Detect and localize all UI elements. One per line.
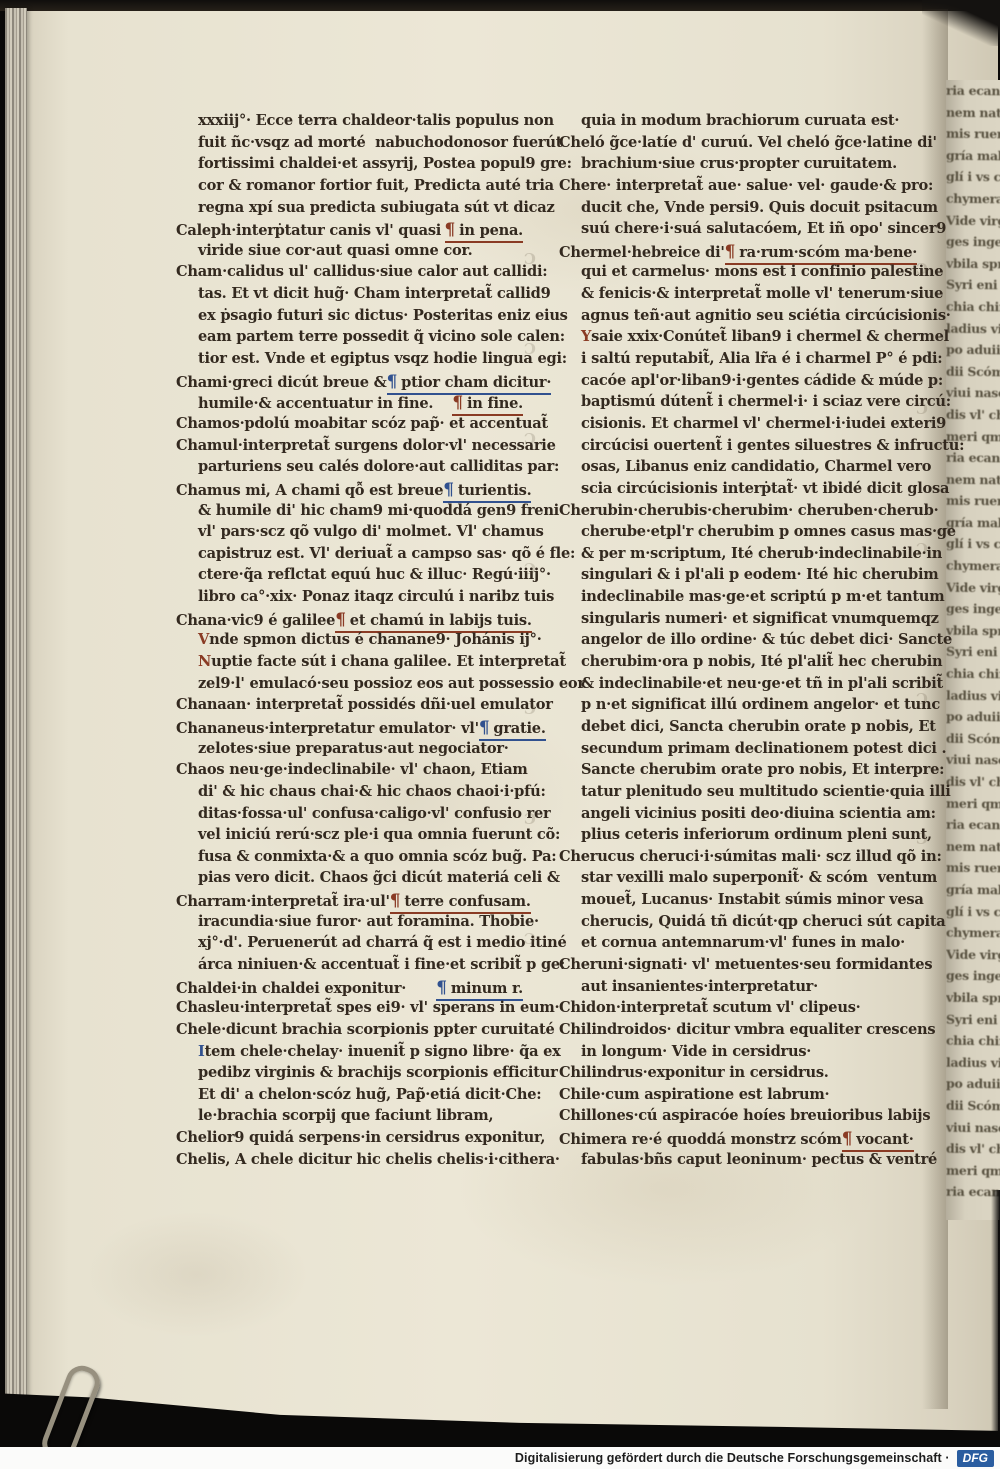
text-line: indeclinabile mas·ge·et scriptú p m·et t… — [559, 588, 913, 610]
pilcrow-icon: ¶ — [725, 242, 736, 262]
bleedthrough-line: Vide virgilij — [946, 209, 1000, 231]
bleedthrough-line: chia chim, pe — [946, 663, 1000, 685]
credit-text: Digitalisierung gefördert durch die Deut… — [515, 1451, 950, 1465]
text-line: Chamos·pdolú moabitar scóz pap̃· et acce… — [176, 415, 523, 437]
text-line: Chaos neu·ge·indeclinabile· vl' chaon, E… — [176, 761, 523, 783]
bleedthrough-line: vbila spra lim — [946, 252, 1000, 274]
bleedthrough-line: Vide virgilij — [946, 943, 1000, 965]
bleedthrough-line: gría mabia ca — [946, 879, 1000, 901]
text-line: ex ṗsagio futuri sic dictus· Posteritas … — [176, 307, 523, 329]
bleedthrough-line: glí i vs cnico — [946, 166, 1000, 188]
text-line: Chele·dicunt brachia scorpionis ppter cu… — [176, 1021, 523, 1043]
text-line: cacóe apl'or·liban9·i·gentes cádide & mú… — [559, 372, 913, 394]
scan-frame-right — [991, 1190, 1000, 1450]
bleedthrough-line: ges ingenijs n — [946, 598, 1000, 620]
text-line: Nuptie facte sút i chana galilee. Et int… — [176, 653, 523, 675]
rubric-mark: ¶ptior cham dicitur· — [387, 372, 552, 395]
text-line: plius ceteris inferiorum ordinum pleni s… — [559, 826, 913, 848]
text-line: Cheruni·signati· vl' metuentes·seu formi… — [559, 956, 913, 978]
text-line: tas. Et vt dicit hug̃· Cham interpretat̃… — [176, 285, 523, 307]
bleedthrough-line: Syri eni ma — [946, 641, 1000, 663]
showthrough-glyph: Ɔ — [524, 250, 536, 268]
text-line: Chelis, A chele dicitur hic chelis cheli… — [176, 1151, 523, 1173]
rubric-mark: ¶in fine. — [452, 393, 523, 416]
pilcrow-icon: ¶ — [443, 480, 454, 500]
rubric-mark: ¶in pena. — [445, 220, 523, 243]
bleedthrough-line: dis vl' chii — [946, 404, 1000, 426]
text-line: Chanaan· interpretat̃ possidés dñi·uel e… — [176, 696, 523, 718]
next-leaf-bleedthrough: ria ecandi annem naturis bimis ruera mir… — [946, 80, 1000, 1220]
bleedthrough-line: dis vl' chii — [946, 1138, 1000, 1160]
bleedthrough-line: Vide virgilij — [946, 576, 1000, 598]
text-line: et cornua antemnarum·vl' funes in malo· — [559, 934, 913, 956]
text-line: le·brachia scorpij que faciunt libram, — [176, 1107, 523, 1129]
text-line: Chidon·interpretat̃ scutum vl' clipeus· — [559, 999, 913, 1021]
bleedthrough-line: ges ingenijs n — [946, 231, 1000, 253]
text-line: fusa & conmixta·& a quo omnia scóz bug̃.… — [176, 848, 523, 870]
text-line: star vexilli malo superponit̃· & scóm ve… — [559, 869, 913, 891]
text-line: Cheló g̃ce·latíe d' curuú. Vel cheló g̃c… — [559, 134, 913, 156]
text-line: xj°·d'. Peruenerút ad charrá q̃ est i me… — [176, 934, 523, 956]
bleedthrough-line: glí i vs cnico — [946, 900, 1000, 922]
text-line: árca niniuen·& accentuat̃ i fine·et scri… — [176, 956, 523, 978]
bleedthrough-line: chymera. Co — [946, 555, 1000, 577]
text-line: angeli vicinius positi deo·diuina scient… — [559, 805, 913, 827]
pilcrow-icon: ¶ — [842, 1129, 853, 1149]
text-line: viride siue cor·aut quasi omne cor. — [176, 242, 523, 264]
bleedthrough-line: dis vl' chii — [946, 771, 1000, 793]
bleedthrough-line: nem naturis bi — [946, 468, 1000, 490]
bleedthrough-line: ria ecandi an — [946, 814, 1000, 836]
bleedthrough-line: viui nascit — [946, 382, 1000, 404]
text-line: fabulas·bñs caput leoninum· pectus & ven… — [559, 1151, 913, 1173]
text-line: Chere· interpretat̃ aue· salue· vel· gau… — [559, 177, 913, 199]
bleedthrough-line: chymera. Co — [946, 922, 1000, 944]
text-line: vel iniciú rerú·scz ple·i qua omnia fuer… — [176, 826, 523, 848]
text-line: in longum· Vide in cersidrus· — [559, 1043, 913, 1065]
text-line: Chillones·cú aspiracóe hoíes breuioribus… — [559, 1107, 913, 1129]
text-line: vl' pars·scz qõ vulgo di' molmet. Vl' ch… — [176, 523, 523, 545]
bleedthrough-line: po aduii fr — [946, 1073, 1000, 1095]
text-line: ctere·q̃a reflctat equú huc & illuc· Reg… — [176, 566, 523, 588]
text-line: Chananeus·interpretatur emulator· vl'¶gr… — [176, 718, 523, 740]
text-line: Sancte cherubim orate pro nobis, Et inte… — [559, 761, 913, 783]
text-line: Chami·greci dicút breue &¶ptior cham dic… — [176, 372, 523, 394]
text-line: Chaldei·in chaldei exponitur·¶minum r. — [176, 978, 523, 1000]
book-page-edges — [5, 8, 27, 1420]
bleedthrough-line: gría mabia ca — [946, 144, 1000, 166]
bleedthrough-line: vbila spra lim — [946, 620, 1000, 642]
text-line: & humile di' hic cham9 mi·quoddá gen9 fr… — [176, 502, 523, 524]
dfg-logo[interactable]: DFG — [957, 1450, 994, 1467]
bleedthrough-line: ges ingenijs n — [946, 965, 1000, 987]
text-line: Cherucus cheruci·i·súmitas mali· scz ill… — [559, 848, 913, 870]
text-line: Cham·calidus ul' callidus·siue calor aut… — [176, 263, 523, 285]
rubric-mark: ¶vocant· — [842, 1129, 914, 1152]
text-line: libro ca°·xix· Ponaz itaqz circulú i nar… — [176, 588, 523, 610]
text-line: baptismú dútent̃ i chermel·i· i sciaz ve… — [559, 393, 913, 415]
bleedthrough-line: mis ruera mirem — [946, 490, 1000, 512]
bleedthrough-line: mis ruera mirem — [946, 857, 1000, 879]
text-line: singulari & i pl'ali p eodem· Ité hic ch… — [559, 566, 913, 588]
text-line: regna xpí sua predicta subiugata sút vt … — [176, 199, 523, 221]
text-line: agnus teñ·aut agnitio seu sciétia circúc… — [559, 307, 913, 329]
bleedthrough-line: po aduii fr — [946, 706, 1000, 728]
showthrough-glyph: Ɔ — [916, 690, 928, 708]
text-line: cor & romanor fortior fuit, Predicta aut… — [176, 177, 523, 199]
text-line: & fenicis·& interpretat̃ molle vl' tener… — [559, 285, 913, 307]
showthrough-glyph: Ɔ — [524, 930, 536, 948]
rubric-mark: ¶gratie. — [479, 718, 546, 741]
text-line: pias vero dicit. Chaos g̃ci dicút materi… — [176, 869, 523, 891]
text-line: brachium·siue crus·propter curuitatem. — [559, 155, 913, 177]
text-line: Chelior9 quidá serpens·in cersidrus expo… — [176, 1129, 523, 1151]
text-line: Charram·interpretat̃ ira·ul'¶terre confu… — [176, 891, 523, 913]
pilcrow-icon: ¶ — [390, 891, 401, 911]
showthrough-glyph: Ɔ — [524, 810, 536, 828]
text-line: cherubim·ora p nobis, Ité pl'alit̃ hec c… — [559, 653, 913, 675]
text-line: Chamus mi, A chami qỗ est breue¶turienti… — [176, 480, 523, 502]
text-line: & per m·scriptum, Ité cherub·indeclinabi… — [559, 545, 913, 567]
bleedthrough-line: nem naturis bi — [946, 835, 1000, 857]
text-line: xxxiij°· Ecce terra chaldeor·talis popul… — [176, 112, 523, 134]
bleedthrough-line: meri qm — [946, 1159, 1000, 1181]
text-line: Chilindroidos· dicitur vmbra equaliter c… — [559, 1021, 913, 1043]
text-line: osas, Libanus eniz candidatio, Charmel v… — [559, 458, 913, 480]
bleedthrough-line: meri qm — [946, 792, 1000, 814]
bleedthrough-line: ladius vi fi — [946, 317, 1000, 339]
scan-frame-corner — [922, 0, 1000, 46]
pilcrow-icon: ¶ — [479, 718, 490, 738]
text-line: Et di' a chelon·scóz hug̃, Pap̃·etiá dic… — [176, 1086, 523, 1108]
showthrough-glyph: Ɔ — [916, 540, 928, 558]
bleedthrough-line: Syri eni ma — [946, 1008, 1000, 1030]
bleedthrough-line: ladius vi fi — [946, 1051, 1000, 1073]
text-line: humile·& accentuatur in fine.¶in fine. — [176, 393, 523, 415]
text-line: Caleph·interṗtatur canis vl' quasi¶in pe… — [176, 220, 523, 242]
digitization-credit-bar: Digitalisierung gefördert durch die Deut… — [0, 1447, 1000, 1469]
text-line: i saltú reputabit̃, Alia lr̃a é i charme… — [559, 350, 913, 372]
text-line: circúcisi ouertent̃ i gentes siluestres … — [559, 437, 913, 459]
text-line: ducit che, Vnde persi9. Quis docuit psit… — [559, 199, 913, 221]
text-line: zelotes·siue preparatus·aut negociator· — [176, 740, 523, 762]
text-line: capistruz est. Vl' deriuat̃ a campso sas… — [176, 545, 523, 567]
bleedthrough-line: dii Scóm ver — [946, 360, 1000, 382]
rubric-mark: ¶terre confusam. — [390, 891, 531, 914]
bleedthrough-line: mis ruera mirem — [946, 123, 1000, 145]
text-line: qui et carmelus· mons est i confinio pal… — [559, 263, 913, 285]
showthrough-glyph: Ɔ — [524, 560, 536, 578]
text-line: cherucis, Quidá tñ dicút·qp cheruci sút … — [559, 913, 913, 935]
text-line: fuit ñc·vsqz ad morté nabuchodonosor fue… — [176, 134, 523, 156]
text-line: Chimera re·é quoddá monstrz scóm¶vocant· — [559, 1129, 913, 1151]
text-line: Vnde spmon dictus é chanane9· Johánis ij… — [176, 631, 523, 653]
text-line: & indeclinabile·et neu·ge·et tñ in pl'al… — [559, 675, 913, 697]
text-line: zel9·l' emulacó·seu possioz eos aut poss… — [176, 675, 523, 697]
text-line: singularis numeri· et significat vnumque… — [559, 610, 913, 632]
text-line: angelor de illo ordine· & túc debet dici… — [559, 631, 913, 653]
rubric-mark: ¶et chamú in labijs tuis. — [335, 610, 532, 633]
pilcrow-icon: ¶ — [445, 220, 456, 240]
text-line: mouet̃, Lucanus· Instabit súmis minor ve… — [559, 891, 913, 913]
text-line: Cherubin·cherubis·cherubim· cheruben·che… — [559, 502, 913, 524]
text-line: Item chele·chelay· inuenit̃ p signo libr… — [176, 1043, 523, 1065]
rubricated-initial: I — [198, 1043, 205, 1060]
text-line: Chana·vic9 é galilee¶et chamú in labijs … — [176, 610, 523, 632]
text-line: Ysaie xxix·Conútet̃ liban9 i chermel & c… — [559, 328, 913, 350]
text-line: Chasleu·interpretat̃ spes ei9· vl' spera… — [176, 999, 523, 1021]
showthrough-glyph: Ɔ — [916, 830, 928, 848]
text-line: iracundia·siue furor· aut foramina. Thob… — [176, 913, 523, 935]
text-line: quia in modum brachiorum curuata est· — [559, 112, 913, 134]
text-line: secundum primam declinationem potest dic… — [559, 740, 913, 762]
text-line: fortissimi chaldei·et assyrij, Postea po… — [176, 155, 523, 177]
text-line: Chermel·hebreice di'¶ra·rum·scóm ma·bene… — [559, 242, 913, 264]
bleedthrough-line: Syri eni ma — [946, 274, 1000, 296]
text-line: suú chere·i·suá salutacóem, Et iñ opo' s… — [559, 220, 913, 242]
text-line: cisionis. Et charmel vl' chermel·i·iudei… — [559, 415, 913, 437]
bleedthrough-line: dii Scóm ver — [946, 728, 1000, 750]
text-line: p n·et significat illú ordinem angelor· … — [559, 696, 913, 718]
bleedthrough-line: viui nascit — [946, 1116, 1000, 1138]
showthrough-glyph: Ɔ — [524, 340, 536, 358]
bleedthrough-line: dii Scóm ver — [946, 1095, 1000, 1117]
text-line: ditas·fossa·ul' confusa·caligo·vl' confu… — [176, 805, 523, 827]
text-line: eam partem terre possedit q̃ vicino sole… — [176, 328, 523, 350]
text-line: scia circúcisionis interṗtat̃· vt ibidé … — [559, 480, 913, 502]
bleedthrough-line: chia chim, pe — [946, 1030, 1000, 1052]
rubricated-initial: N — [198, 653, 211, 670]
text-column-left: xxxiij°· Ecce terra chaldeor·talis popul… — [176, 112, 523, 1172]
text-column-right: quia in modum brachiorum curuata est·Che… — [559, 112, 913, 1172]
text-line: debet dici, Sancta cherubin orate p nobi… — [559, 718, 913, 740]
pilcrow-icon: ¶ — [436, 978, 447, 998]
rubric-mark: ¶turientis. — [443, 480, 531, 503]
text-line: di' & hic chaus chai·& hic chaos chaoi·i… — [176, 783, 523, 805]
rubricated-initial: Y — [581, 328, 591, 345]
bleedthrough-line: chia chim, pe — [946, 296, 1000, 318]
showthrough-glyph: Ɔ — [524, 700, 536, 718]
rubric-mark: ¶minum r. — [436, 978, 523, 1001]
showthrough-glyph: Ɔ — [916, 400, 928, 418]
bleedthrough-line: vbila spra lim — [946, 987, 1000, 1009]
text-line: Chamul·interpretat̃ surgens dolor·vl' ne… — [176, 437, 523, 459]
text-line: cherube·etpl'r cherubim p omnes casus ma… — [559, 523, 913, 545]
bleedthrough-line: viui nascit — [946, 749, 1000, 771]
text-line: parturiens seu calés dolore·aut callidit… — [176, 458, 523, 480]
scan-frame-top — [0, 0, 1000, 11]
text-line: pedibz virginis & brachijs scorpionis ef… — [176, 1064, 523, 1086]
rubric-mark: ¶ra·rum·scóm ma·bene· — [725, 242, 917, 265]
text-line: Chilindrus·exponitur in cersidrus. — [559, 1064, 913, 1086]
pilcrow-icon: ¶ — [452, 393, 463, 413]
manuscript-scan-page: ria ecandi annem naturis bimis ruera mir… — [0, 0, 1000, 1469]
text-line: aut insanientes·interpretatur· — [559, 978, 913, 1000]
text-line: tior est. Vnde et egiptus vsqz hodie lin… — [176, 350, 523, 372]
bleedthrough-line: nem naturis bi — [946, 101, 1000, 123]
bleedthrough-line: po aduii fr — [946, 339, 1000, 361]
pilcrow-icon: ¶ — [335, 610, 346, 630]
showthrough-glyph: Ɔ — [524, 430, 536, 448]
pilcrow-icon: ¶ — [387, 372, 398, 392]
showthrough-glyph: Ɔ — [916, 260, 928, 278]
bleedthrough-line: chymera. Co — [946, 188, 1000, 210]
text-line: tatur plenitudo seu multitudo scientie·q… — [559, 783, 913, 805]
rubricated-initial: V — [198, 631, 209, 648]
bleedthrough-line: ladius vi fi — [946, 684, 1000, 706]
bleedthrough-line: ria ecandi an — [946, 80, 1000, 102]
text-line: Chile·cum aspiratione est labrum· — [559, 1086, 913, 1108]
